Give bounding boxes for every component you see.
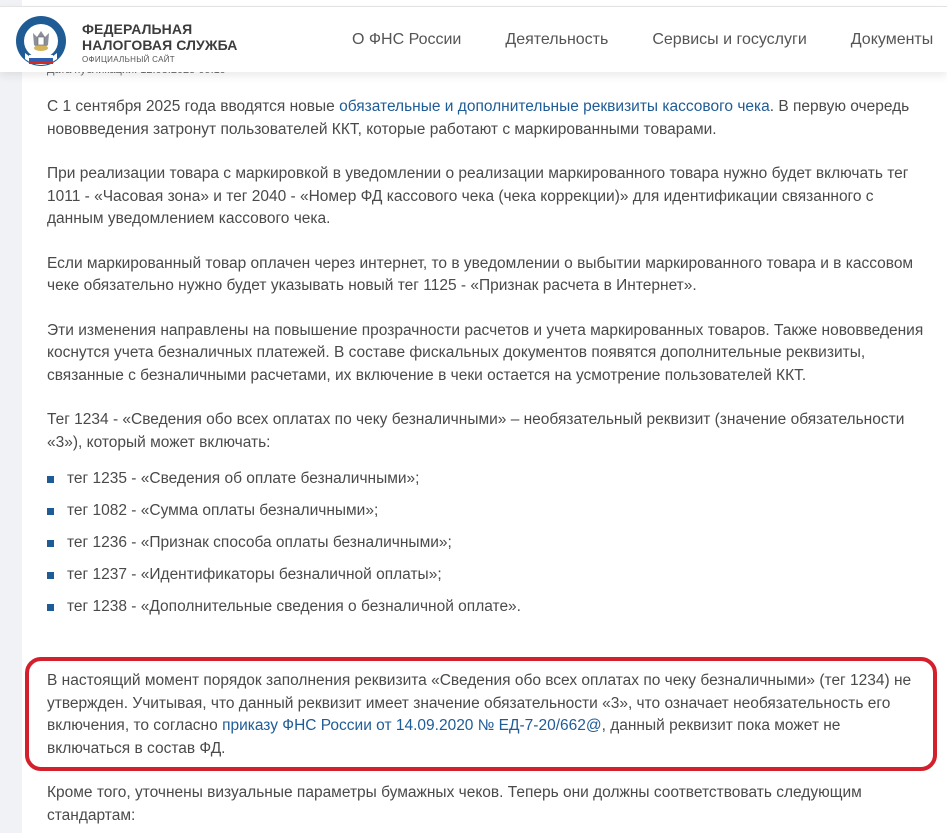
paragraph-highlighted: В настоящий момент порядок заполнения ре…	[47, 670, 927, 760]
list-item-text: тег 1238 - «Дополнительные сведения о бе…	[67, 596, 521, 618]
main-nav: О ФНС России Деятельность Сервисы и госу…	[352, 31, 947, 49]
paragraph-internet: Если маркированный товар оплачен через и…	[47, 253, 927, 298]
intro-text-start: С 1 сентября 2025 года вводятся новые	[47, 98, 339, 115]
nav-item-about[interactable]: О ФНС России	[352, 31, 461, 49]
bullet-square-icon	[47, 540, 54, 547]
requisites-link[interactable]: обязательные и дополнительные реквизиты …	[339, 98, 770, 115]
list-item-text: тег 1236 - «Признак способа оплаты безна…	[67, 532, 452, 554]
paragraph-paper-receipts: Кроме того, уточнены визуальные параметр…	[47, 782, 927, 827]
brand-subtitle: ОФИЦИАЛЬНЫЙ САЙТ	[82, 55, 237, 64]
brand-block[interactable]: ФЕДЕРАЛЬНАЯ НАЛОГОВАЯ СЛУЖБА ОФИЦИАЛЬНЫЙ…	[82, 21, 237, 64]
nav-item-activity[interactable]: Деятельность	[505, 31, 608, 49]
bullet-square-icon	[47, 572, 54, 579]
site-header: ФЕДЕРАЛЬНАЯ НАЛОГОВАЯ СЛУЖБА ОФИЦИАЛЬНЫЙ…	[0, 6, 947, 72]
tag-list: тег 1235 - «Сведения об оплате безналичн…	[47, 468, 927, 618]
list-item-text: тег 1082 - «Сумма оплаты безналичными»;	[67, 500, 378, 522]
list-item-text: тег 1235 - «Сведения об оплате безналичн…	[67, 468, 419, 490]
bullet-square-icon	[47, 476, 54, 483]
brand-line-1: ФЕДЕРАЛЬНАЯ	[82, 21, 237, 37]
nav-item-documents[interactable]: Документы	[851, 31, 933, 49]
list-item: тег 1238 - «Дополнительные сведения о бе…	[47, 596, 927, 618]
list-item-text: тег 1237 - «Идентификаторы безналичной о…	[67, 564, 442, 586]
list-item: тег 1236 - «Признак способа оплаты безна…	[47, 532, 927, 554]
bullet-square-icon	[47, 604, 54, 611]
paragraph-intro: С 1 сентября 2025 года вводятся новые об…	[47, 96, 927, 141]
paragraph-marking: При реализации товара с маркировкой в ув…	[47, 163, 927, 231]
brand-line-2: НАЛОГОВАЯ СЛУЖБА	[82, 37, 237, 53]
paragraph-transparency: Эти изменения направлены на повышение пр…	[47, 320, 927, 388]
paragraph-tag-1234: Тег 1234 - «Сведения обо всех оплатах по…	[47, 409, 927, 454]
bullet-square-icon	[47, 508, 54, 515]
list-item: тег 1082 - «Сумма оплаты безналичными»;	[47, 500, 927, 522]
list-item: тег 1235 - «Сведения об оплате безналичн…	[47, 468, 927, 490]
nav-item-services[interactable]: Сервисы и госуслуги	[652, 31, 806, 49]
list-item: тег 1237 - «Идентификаторы безналичной о…	[47, 564, 927, 586]
fns-emblem-icon[interactable]	[15, 15, 67, 67]
order-link[interactable]: приказу ФНС России от 14.09.2020 № ЕД-7-…	[222, 717, 602, 734]
article-body: С 1 сентября 2025 года вводятся новые об…	[47, 96, 927, 628]
